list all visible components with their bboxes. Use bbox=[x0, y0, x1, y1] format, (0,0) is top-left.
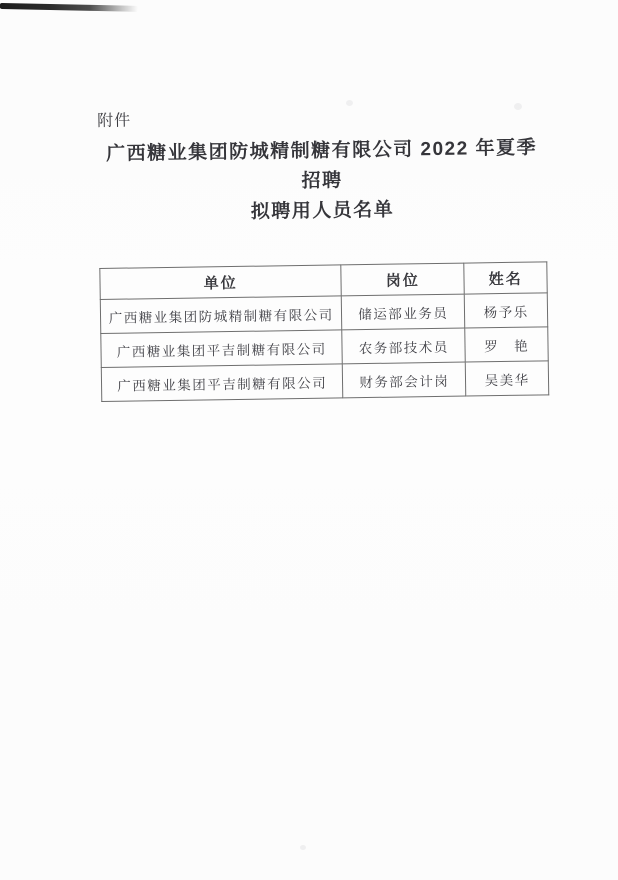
document-title-line-1: 广西糖业集团防城精制糖有限公司 2022 年夏季招聘 bbox=[106, 137, 537, 191]
scan-speck bbox=[300, 845, 306, 850]
cell-unit: 广西糖业集团防城精制糖有限公司 bbox=[100, 296, 342, 334]
personnel-table: 单位 岗位 姓名 广西糖业集团防城精制糖有限公司 储运部业务员 杨予乐 广西糖业… bbox=[99, 261, 549, 402]
document-content: 附件 广西糖业集团防城精制糖有限公司 2022 年夏季招聘 拟聘用人员名单 单位… bbox=[97, 105, 549, 402]
cell-name: 罗 艳 bbox=[465, 327, 548, 362]
attachment-label: 附件 bbox=[97, 105, 545, 132]
scan-speck bbox=[346, 100, 353, 106]
cell-name: 吴美华 bbox=[466, 361, 549, 396]
header-cell-unit: 单位 bbox=[100, 265, 342, 300]
cell-unit: 广西糖业集团平吉制糖有限公司 bbox=[101, 330, 343, 368]
scan-streak-artifact bbox=[0, 3, 138, 12]
scanned-document-page: 附件 广西糖业集团防城精制糖有限公司 2022 年夏季招聘 拟聘用人员名单 单位… bbox=[0, 0, 618, 880]
document-title: 广西糖业集团防城精制糖有限公司 2022 年夏季招聘 拟聘用人员名单 bbox=[97, 133, 546, 230]
cell-unit: 广西糖业集团平吉制糖有限公司 bbox=[101, 364, 343, 402]
table-row: 广西糖业集团平吉制糖有限公司 财务部会计岗 吴美华 bbox=[101, 361, 548, 402]
document-title-line-2: 拟聘用人员名单 bbox=[251, 200, 395, 223]
cell-name: 杨予乐 bbox=[465, 293, 548, 328]
header-cell-name: 姓名 bbox=[464, 262, 547, 294]
cell-position: 农务部技术员 bbox=[342, 328, 465, 364]
header-cell-position: 岗位 bbox=[341, 263, 464, 296]
cell-position: 储运部业务员 bbox=[342, 294, 465, 330]
cell-position: 财务部会计岗 bbox=[343, 362, 466, 398]
